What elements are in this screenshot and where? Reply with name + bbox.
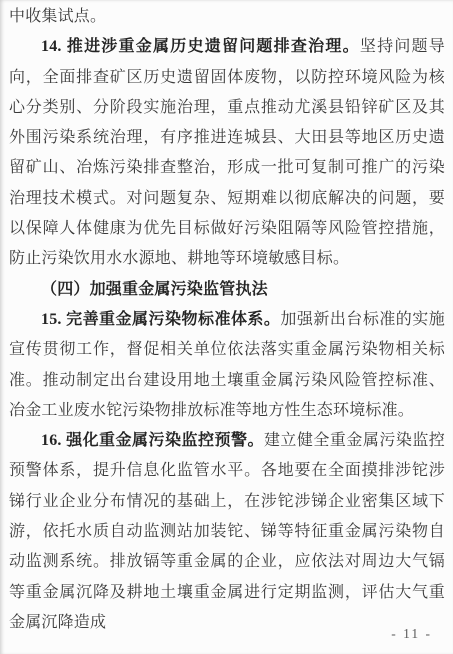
paragraph-item-15-heading: 15. 完善重金属污染物标准体系。 bbox=[41, 311, 280, 328]
paragraph-item-16-text: 建立健全重金属污染监控预警体系，提升信息化监管水平。各地要在全面摸排涉铊涉锑行业… bbox=[9, 432, 445, 631]
paragraph-continuation-text: 中收集试点。 bbox=[9, 8, 106, 25]
paragraph-item-16-heading: 16. 强化重金属污染监控预警。 bbox=[41, 432, 264, 449]
paragraph-item-14-heading: 14. 推进涉重金属历史遗留问题排查治理。 bbox=[41, 38, 360, 55]
paragraph-item-15: 15. 完善重金属污染物标准体系。加强新出台标准的实施宣传贯彻工作，督促相关单位… bbox=[9, 305, 445, 426]
paragraph-item-14: 14. 推进涉重金属历史遗留问题排查治理。坚持问题导向，全面排查矿区历史遗留固体… bbox=[9, 32, 445, 274]
section-heading-4-text: （四）加强重金属污染监管执法 bbox=[41, 281, 268, 298]
paragraph-item-16: 16. 强化重金属污染监控预警。建立健全重金属污染监控预警体系，提升信息化监管水… bbox=[9, 426, 445, 638]
paragraph-continuation: 中收集试点。 bbox=[9, 2, 445, 32]
paragraph-item-14-text: 坚持问题导向，全面排查矿区历史遗留固体废物，以防控环境风险为核心分类别、分阶段实… bbox=[9, 38, 445, 267]
page-number: - 11 - bbox=[391, 626, 432, 642]
document-page: 中收集试点。 14. 推进涉重金属历史遗留问题排查治理。坚持问题导向，全面排查矿… bbox=[0, 0, 453, 654]
section-heading-4: （四）加强重金属污染监管执法 bbox=[9, 275, 445, 305]
